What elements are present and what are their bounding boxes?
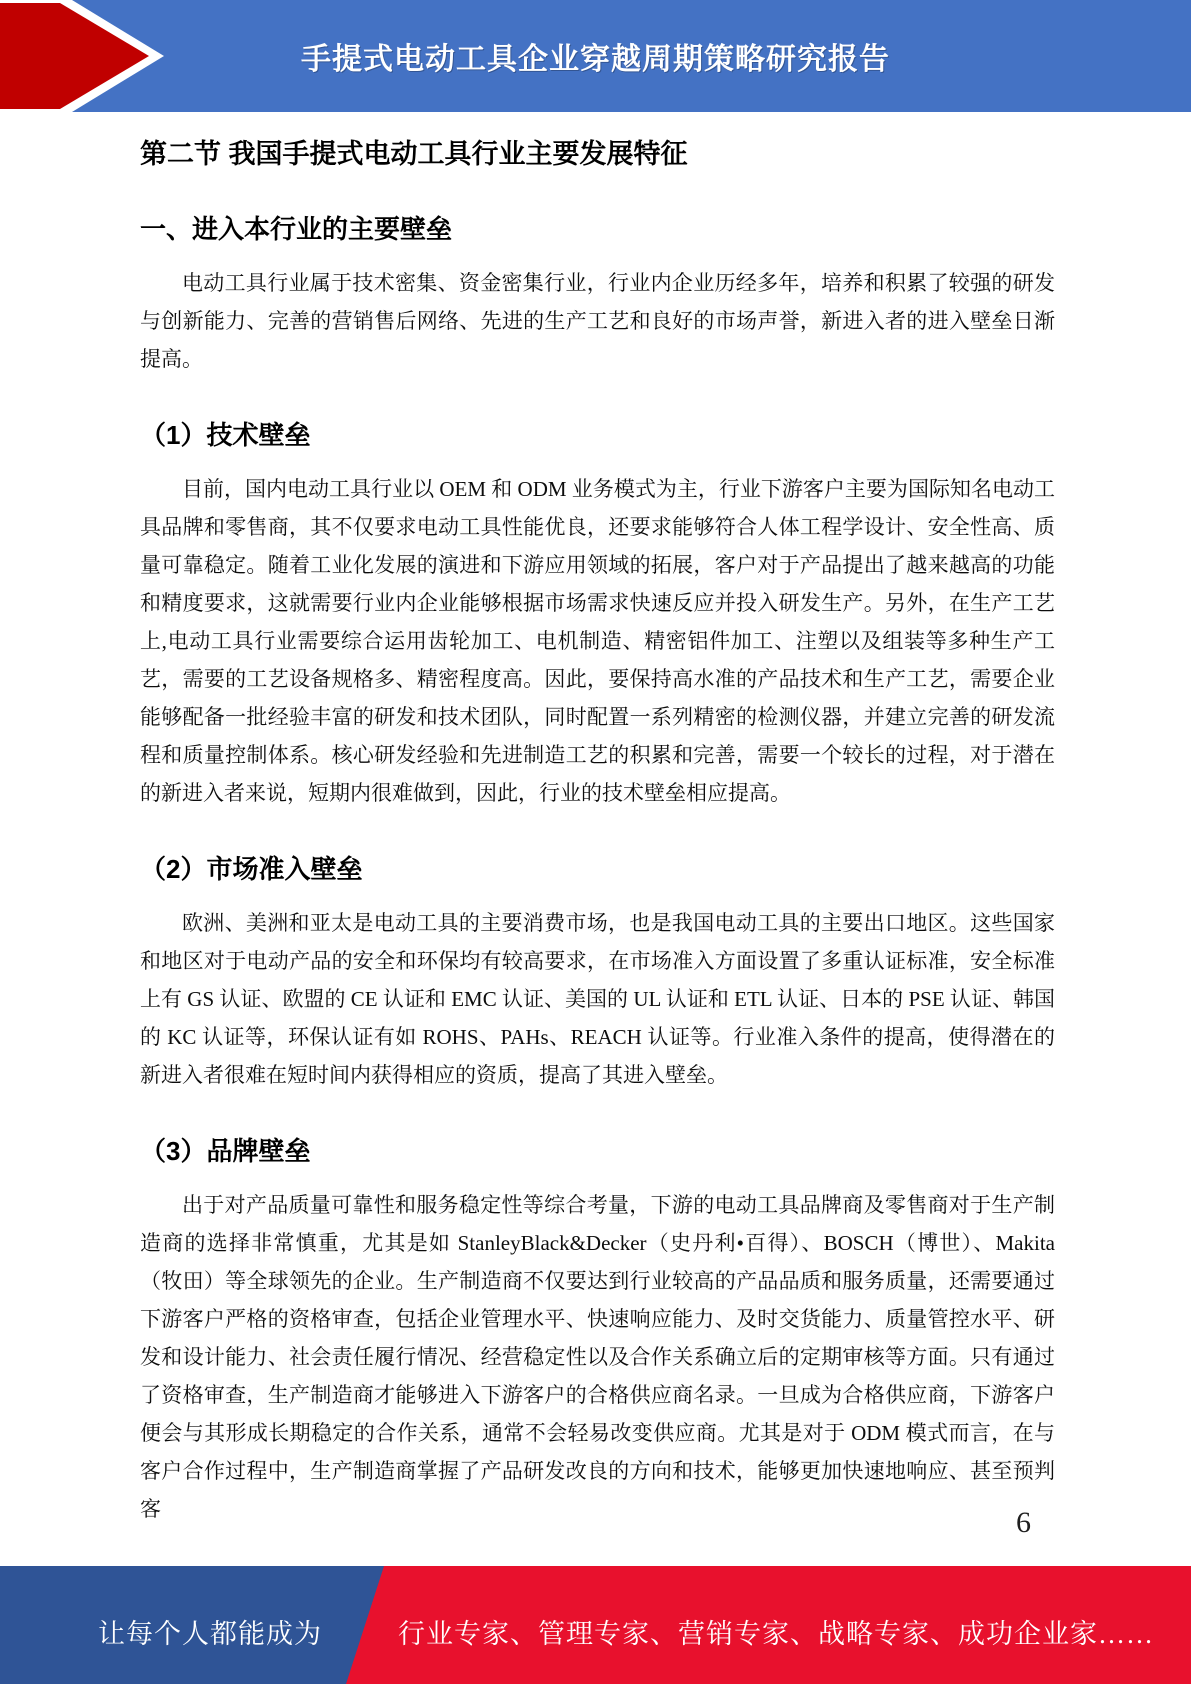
subsection-heading-brand-barrier: （3）品牌壁垒 bbox=[140, 1134, 1055, 1168]
paragraph-technology-barrier: 目前，国内电动工具行业以 OEM 和 ODM 业务模式为主，行业下游客户主要为国… bbox=[140, 470, 1055, 812]
page-number: 6 bbox=[1016, 1506, 1031, 1540]
paragraph-market-access-barrier: 欧洲、美洲和亚太是电动工具的主要消费市场，也是我国电动工具的主要出口地区。这些国… bbox=[140, 904, 1055, 1094]
report-page: 手提式电动工具企业穿越周期策略研究报告 第二节 我国手提式电动工具行业主要发展特… bbox=[0, 0, 1191, 1684]
paragraph-barriers-intro: 电动工具行业属于技术密集、资金密集行业，行业内企业历经多年，培养和积累了较强的研… bbox=[140, 264, 1055, 378]
footer-blue-band: 让每个人都能成为 bbox=[0, 1566, 384, 1684]
report-title: 手提式电动工具企业穿越周期策略研究报告 bbox=[0, 0, 1191, 112]
paragraph-brand-barrier: 出于对产品质量可靠性和服务稳定性等综合考量，下游的电动工具品牌商及零售商对于生产… bbox=[140, 1186, 1055, 1528]
subsection-heading-technology-barrier: （1）技术壁垒 bbox=[140, 418, 1055, 452]
page-header: 手提式电动工具企业穿越周期策略研究报告 bbox=[0, 0, 1191, 112]
document-body: 第二节 我国手提式电动工具行业主要发展特征 一、进入本行业的主要壁垒 电动工具行… bbox=[140, 112, 1055, 1528]
subsection-heading-barriers: 一、进入本行业的主要壁垒 bbox=[140, 212, 1055, 246]
subsection-heading-market-access-barrier: （2）市场准入壁垒 bbox=[140, 852, 1055, 886]
footer-slogan-left: 让每个人都能成为 bbox=[98, 1600, 322, 1651]
page-footer: 行业专家、管理专家、营销专家、战略专家、成功企业家…… 让每个人都能成为 bbox=[0, 1566, 1191, 1684]
footer-slogan-right: 行业专家、管理专家、营销专家、战略专家、成功企业家…… bbox=[398, 1600, 1154, 1651]
section-heading: 第二节 我国手提式电动工具行业主要发展特征 bbox=[140, 136, 1055, 172]
